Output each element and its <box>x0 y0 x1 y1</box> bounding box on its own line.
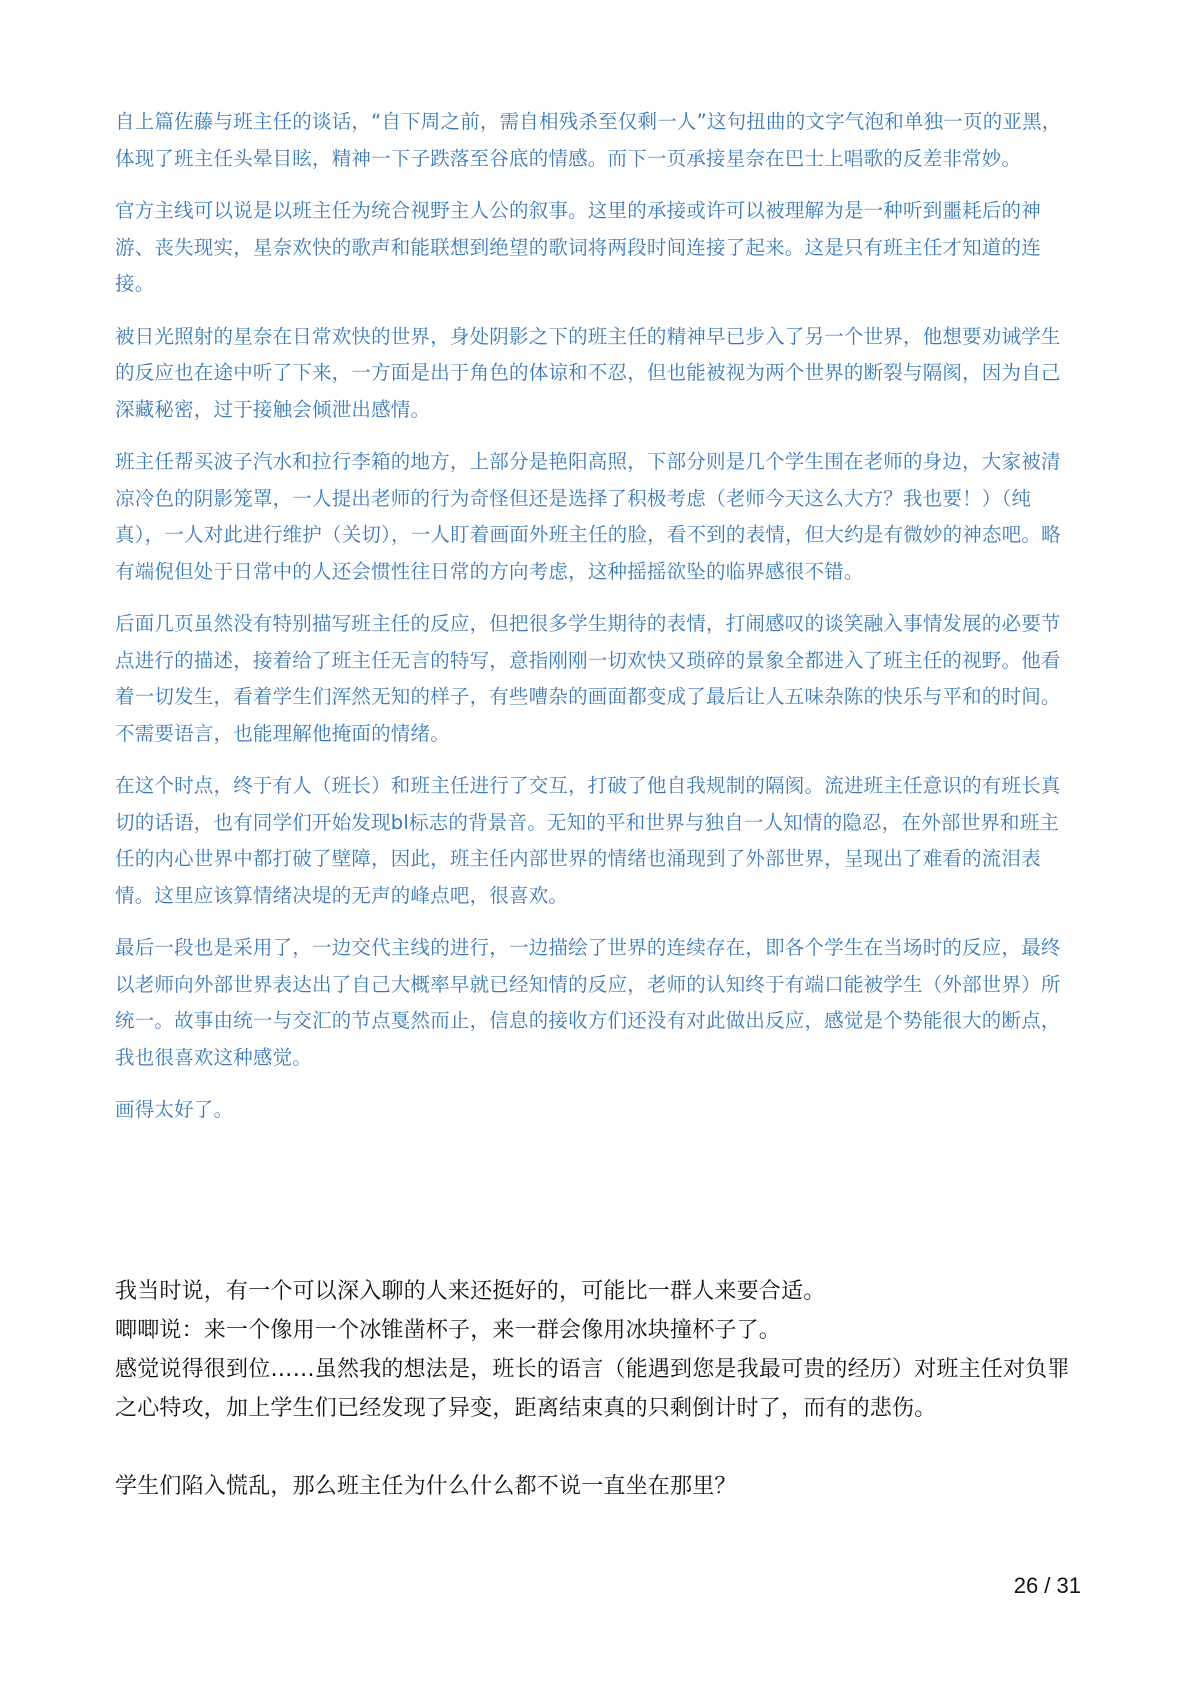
quoted-paragraph: 官方主线可以说是以班主任为统合视野主人公的叙事。这里的承接或许可以被理解为是一种… <box>115 193 1075 303</box>
response-line: 我当时说，有一个可以深入聊的人来还挺好的，可能比一群人来要合适。 <box>115 1272 1090 1311</box>
spacer <box>115 1428 1090 1467</box>
quoted-paragraph: 画得太好了。 <box>115 1092 1075 1129</box>
quoted-paragraph: 班主任帮买波子汽水和拉行李箱的地方，上部分是艳阳高照，下部分则是几个学生围在老师… <box>115 444 1075 590</box>
quoted-paragraph: 后面几页虽然没有特别描写班主任的反应，但把很多学生期待的表情，打闹感叹的谈笑融入… <box>115 606 1075 752</box>
response-line: 唧唧说：来一个像用一个冰锥凿杯子，来一群会像用冰块撞杯子了。 <box>115 1311 1090 1350</box>
final-question: 学生们陷入慌乱，那么班主任为什么什么都不说一直坐在那里？ <box>115 1467 1090 1506</box>
response-block: 我当时说，有一个可以深入聊的人来还挺好的，可能比一群人来要合适。 唧唧说：来一个… <box>115 1272 1090 1506</box>
quoted-paragraph: 最后一段也是采用了，一边交代主线的进行，一边描绘了世界的连续存在，即各个学生在当… <box>115 930 1075 1076</box>
response-line: 感觉说得很到位……虽然我的想法是，班长的语言（能遇到您是我最可贵的经历）对班主任… <box>115 1350 1090 1428</box>
quoted-paragraph: 在这个时点，终于有人（班长）和班主任进行了交互，打破了他自我规制的隔阂。流进班主… <box>115 768 1075 914</box>
quoted-paragraph: 被日光照射的星奈在日常欢快的世界，身处阴影之下的班主任的精神早已步入了另一个世界… <box>115 319 1075 429</box>
quoted-comment-block: 自上篇佐藤与班主任的谈话，“自下周之前，需自相残杀至仅剩一人”这句扭曲的文字气泡… <box>115 104 1075 1145</box>
page-number: 26 / 31 <box>1014 1573 1081 1599</box>
document-page: 自上篇佐藤与班主任的谈话，“自下周之前，需自相残杀至仅剩一人”这句扭曲的文字气泡… <box>0 0 1190 1683</box>
quoted-paragraph: 自上篇佐藤与班主任的谈话，“自下周之前，需自相残杀至仅剩一人”这句扭曲的文字气泡… <box>115 104 1075 177</box>
